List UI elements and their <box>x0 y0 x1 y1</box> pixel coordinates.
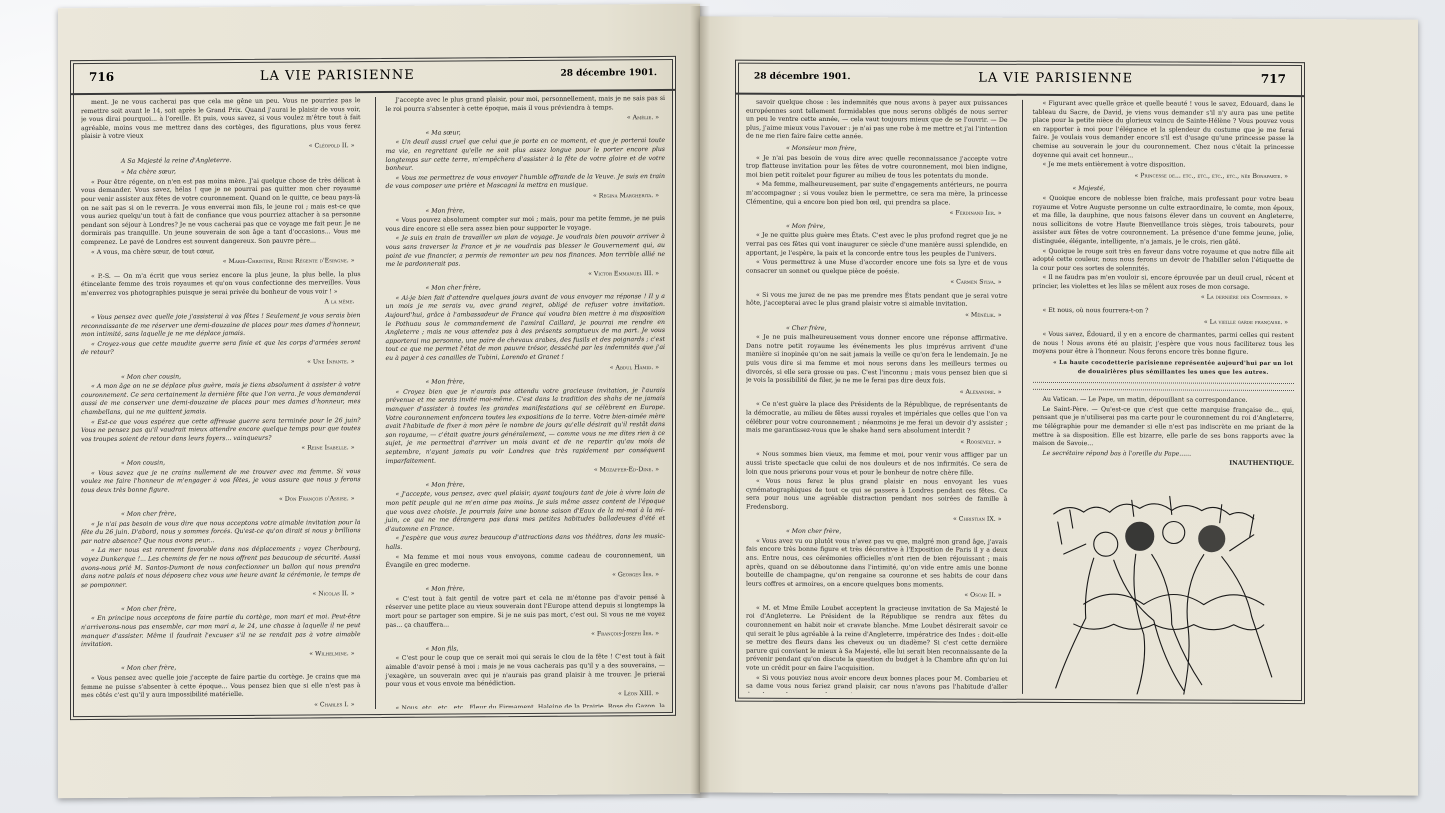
left-page: 716 LA VIE PARISIENNE 28 décembre 1901. … <box>58 4 700 798</box>
paragraph-italic: Le secrétaire répond bas à l'oreille du … <box>1033 450 1295 460</box>
illustration-dancers <box>1033 474 1295 695</box>
left-page-frame: 716 LA VIE PARISIENNE 28 décembre 1901. … <box>70 56 676 720</box>
letter-signature: « Mozaffer-Ed-Dine. » <box>386 466 660 477</box>
letter-signature: « Cléopold II. » <box>81 142 355 153</box>
letter-signature: « Roosevelt. » <box>746 437 1002 447</box>
closing-label: INAUTHENTIQUE. <box>1033 459 1295 469</box>
paragraph: « Ma femme et moi nous vous envoyons, co… <box>386 552 666 571</box>
paragraph: ment. Je ne vous cacherai pas que cela m… <box>81 97 361 142</box>
letter-signature: « Léon XIII. » <box>386 690 660 701</box>
issue-date: 28 décembre 1901. <box>754 72 850 82</box>
letter-signature: « Regina Margherita. » <box>386 192 660 203</box>
paragraph: « Je ne quitte plus guère mes États. C'e… <box>746 232 1008 259</box>
letter-signature: « Amélie. » <box>386 114 660 125</box>
paragraph: « Nous, etc., etc., etc., Fleur du Firma… <box>386 703 666 709</box>
letter-salutation: « Mon cher frère, <box>746 528 1008 538</box>
paragraph: « Je n'ai pas besoin de vous dire avec q… <box>746 154 1008 181</box>
paragraph: Au Vatican. — Le Pape, un matin, dépouil… <box>1033 396 1295 406</box>
letter-signature: « Oscar II. » <box>746 591 1002 601</box>
letter-signature: « La vieille garde française. » <box>1033 318 1289 328</box>
letter-signature: « Une Infante. » <box>81 358 355 369</box>
paragraph-italic: « A mon âge on ne se déplace plus guère,… <box>81 381 361 417</box>
page-number: 716 <box>89 70 114 84</box>
paragraph-italic: « Vous savez que je ne crains nullement … <box>81 468 361 496</box>
paragraph: « Si vous pouviez nous avoir encore deux… <box>746 674 1008 694</box>
letter-salutation: « Mon frère, <box>746 222 1008 232</box>
page-number: 717 <box>1261 72 1286 86</box>
letter-signature: « Princesse de... etc., etc., etc., etc.… <box>1033 172 1289 182</box>
letter-signature: « Wilhelmine. » <box>81 650 355 661</box>
paragraph: « Nous sommes bien vieux, ma femme et mo… <box>746 451 1008 478</box>
right-page: 28 décembre 1901. LA VIE PARISIENNE 717 … <box>700 16 1418 795</box>
paragraph-italic: « Croyez-vous que cette maudite guerre s… <box>81 339 361 358</box>
paragraph: J'accepte avec le plus grand plaisir, po… <box>386 95 666 114</box>
letter-salutation: « Majesté, <box>1033 185 1295 195</box>
letter-signature: « Alexandre. » <box>746 387 1002 397</box>
text-column: J'accepte avec le plus grand plaisir, po… <box>375 95 666 709</box>
letter-signature: « Victor Emmanuel III. » <box>386 270 660 281</box>
paragraph: « Vous pensez avec quelle joie j'accepte… <box>81 673 361 701</box>
paragraph-italic: « Ai-je bien fait d'attendre quelques jo… <box>386 293 666 364</box>
letter-signature: « Carmen Sylva. » <box>746 278 1002 288</box>
dotted-separator <box>1033 382 1295 391</box>
paragraph: « C'est tout à fait gentil de votre part… <box>386 594 666 630</box>
letter-signature: « Don François d'Assise. » <box>81 496 355 507</box>
signature-block: « La haute cocodetterie parisienne repré… <box>1053 359 1295 377</box>
paragraph-italic: « J'espère que vous aurez beaucoup d'att… <box>386 533 666 552</box>
paragraph: « P.-S. — On m'a écrit que vous seriez e… <box>81 271 361 299</box>
right-page-frame: 28 décembre 1901. LA VIE PARISIENNE 717 … <box>735 60 1305 704</box>
paragraph-italic: « Un deuil aussi cruel que celui que je … <box>386 137 666 173</box>
paragraph-italic: « Est-ce que vous espérez que cette affr… <box>81 417 361 445</box>
letter-signature: « Nicolas II. » <box>81 590 355 601</box>
issue-date: 28 décembre 1901. <box>561 68 657 79</box>
paragraph: « Je me mets entièrement à votre disposi… <box>1033 161 1295 171</box>
right-page-columns: savoir quelque chose : les indemnités qu… <box>746 99 1294 695</box>
paragraph: « Quoique encore de noblesse bien fraîch… <box>1033 195 1295 248</box>
paragraph: « Il ne faudra pas m'en vouloir si, enco… <box>1033 274 1295 292</box>
letter-signature: « Charles I. » <box>81 701 355 711</box>
paragraph-italic: « Je suis en train de travailler un plan… <box>386 233 666 269</box>
paragraph-italic: « Croyez bien que je n'aurais pas attend… <box>386 387 666 466</box>
paragraph: « Ce n'est guère la place des Présidents… <box>746 401 1008 437</box>
paragraph-italic: « J'accepte, vous pensez, avec quel plai… <box>386 489 666 534</box>
paragraph: Le Saint-Père. — Qu'est-ce que c'est que… <box>1033 406 1295 450</box>
publication-title: LA VIE PARISIENNE <box>260 67 415 83</box>
paragraph: « C'est pour le coup que ce serait moi q… <box>386 653 666 689</box>
paragraph: « Ma femme, malheureusement, par suite d… <box>746 181 1008 208</box>
letter-salutation: « Cher frère, <box>746 324 1008 334</box>
text-column: ment. Je ne vous cacherai pas que cela m… <box>81 97 361 711</box>
letter-signature: « Christian IX. » <box>746 514 1002 524</box>
letter-heading: A Sa Majesté la reine d'Angleterre. <box>81 156 361 167</box>
publication-title: LA VIE PARISIENNE <box>978 70 1133 86</box>
paragraph-italic: « Vous me permettrez de vous envoyer l'h… <box>386 173 666 192</box>
paragraph: « Vous avez vu ou plutôt vous n'avez pas… <box>746 537 1008 590</box>
book-gutter-shadow <box>690 6 710 798</box>
text-column: savoir quelque chose : les indemnités qu… <box>746 99 1008 694</box>
letter-signature: « Georges Ier. » <box>386 571 660 582</box>
paragraph: « Pour être régente, on n'en est pas moi… <box>81 177 361 248</box>
paragraph: « A vous, ma chère sœur, de tout cœur, <box>81 247 361 258</box>
paragraph: « Vous pouvez absolument compter sur moi… <box>386 215 666 234</box>
right-page-header: 28 décembre 1901. LA VIE PARISIENNE 717 <box>736 61 1304 97</box>
paragraph: « Figurant avec quelle grâce et quelle b… <box>1033 100 1295 161</box>
paragraph: « Vous nous ferez le plus grand plaisir … <box>746 478 1008 514</box>
paragraph: « Si vous me jurez de ne pas me prendre … <box>746 292 1008 310</box>
paragraph: « Quoique le rouge soit très en faveur d… <box>1033 247 1295 274</box>
letter-signature: « La dernière des Comtesses. » <box>1033 293 1289 303</box>
letter-salutation: « Monsieur mon frère, <box>746 145 1008 155</box>
paragraph: « Vous permettrez à une Muse d'accorder … <box>746 259 1008 277</box>
left-page-header: 716 LA VIE PARISIENNE 28 décembre 1901. <box>71 57 675 95</box>
paragraph-italic: « La mer nous est rarement favorable dan… <box>81 545 361 590</box>
paragraph: « Je ne puis malheureusement vous donner… <box>746 334 1008 387</box>
letter-signature: « Ménélik. » <box>746 311 1002 321</box>
text-column: « Figurant avec quelle grâce et quelle b… <box>1022 100 1295 695</box>
paragraph-italic: « Je n'ai pas besoin de vous dire que no… <box>81 519 361 547</box>
paragraph-italic: « En principe nous acceptons de faire pa… <box>81 614 361 650</box>
paragraph: « M. et Mme Émile Loubet acceptent la gr… <box>746 605 1008 675</box>
paragraph: « Vous savez, Édouard, il y en a encore … <box>1033 331 1295 358</box>
letter-signature: « Ferdinand Ier. » <box>746 209 1002 219</box>
letter-signature: « Abdul Hamid. » <box>386 364 660 375</box>
paragraph: « Et nous, où nous fourrera-t-on ? <box>1033 307 1295 317</box>
left-page-columns: ment. Je ne vous cacherai pas que cela m… <box>81 95 665 711</box>
letter-signature: « Marie-Christine, Reine Régente d'Espag… <box>81 257 355 268</box>
letter-signature: « François-Joseph Ier. » <box>386 630 660 641</box>
paragraph: savoir quelque chose : les indemnités qu… <box>746 99 1008 143</box>
letter-signature: A la même. <box>81 299 355 310</box>
paragraph-italic: « Vous pensez avec quelle joie j'assiste… <box>81 312 361 340</box>
dancers-drawing-icon <box>1033 474 1295 695</box>
letter-signature: « Reine Isabelle. » <box>81 445 355 456</box>
